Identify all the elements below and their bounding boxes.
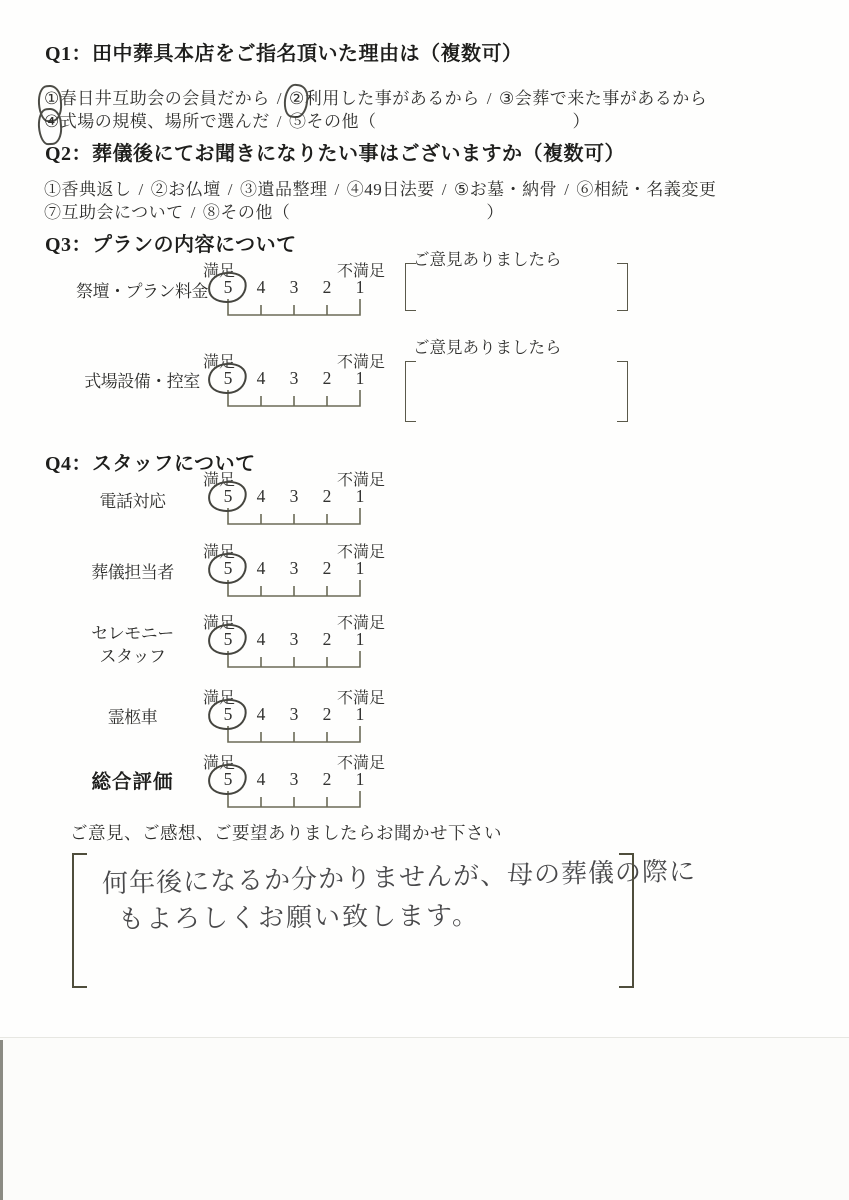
- comment-box-plan-fee: [405, 263, 628, 311]
- scale-value-5-circled: 5: [218, 486, 238, 505]
- q2-option-7-label: 互助会について: [62, 203, 184, 222]
- scale-min-label: 不満足: [337, 750, 385, 769]
- rating-scale-venue: 満足不満足 5 4 3 2 1: [203, 349, 388, 407]
- pen-circle-mark: ①: [44, 89, 60, 109]
- scale-line: [218, 387, 370, 407]
- scale-value-1: 1: [350, 486, 370, 505]
- q2-option-2-label: お仏壇: [168, 180, 221, 199]
- scale-value-4: 4: [251, 486, 271, 505]
- q2-options-line2: ⑦互助会について/⑧その他（）: [44, 198, 504, 223]
- q1-option-1-num: ①: [44, 89, 60, 108]
- scale-value-5-circled: 5: [218, 558, 238, 577]
- q1-option-2-num: ②: [289, 89, 305, 108]
- scale-line: [218, 788, 370, 808]
- separator: /: [228, 180, 233, 199]
- scale-value-5-circled: 5: [218, 704, 238, 723]
- q2-option-4-label: 49日法要: [364, 180, 435, 199]
- scale-value-2: 2: [317, 486, 337, 505]
- scan-paper-edge: [0, 1037, 849, 1200]
- handwritten-comment-line-2: もよろしくお願い致します。: [118, 895, 480, 936]
- separator: /: [334, 180, 339, 199]
- q2-option-5-label: お墓・納骨: [470, 180, 558, 199]
- separator: /: [564, 180, 569, 199]
- handwritten-comment-line-1: 何年後になるか分かりませんが、母の葬儀の際に: [102, 851, 697, 900]
- rating-row-label-director: 葬儀担当者: [75, 558, 190, 583]
- scale-value-1: 1: [350, 368, 370, 387]
- close-paren: ）: [486, 203, 504, 222]
- scale-value-4: 4: [251, 704, 271, 723]
- q1-options-line2: ④式場の規模、場所で選んだ/⑤その他（）: [44, 107, 590, 132]
- separator: /: [191, 203, 196, 222]
- scan-left-edge-shadow: [0, 1040, 3, 1200]
- q1-heading: Q1：田中葬具本店をご指名頂いた理由は（複数可）: [45, 37, 523, 66]
- q2-option-3-num: ③: [240, 180, 258, 199]
- separator: /: [277, 89, 282, 108]
- rating-row-label-venue: 式場設備・控室: [72, 367, 212, 392]
- scale-value-3: 3: [284, 558, 304, 577]
- q3-heading: Q3：プランの内容について: [45, 228, 297, 257]
- q1-option-4-num: ④: [44, 112, 60, 131]
- scale-value-2: 2: [317, 558, 337, 577]
- scale-value-3: 3: [284, 769, 304, 788]
- rating-scale-ceremony-staff: 満足不満足 5 4 3 2 1: [203, 610, 388, 668]
- scale-value-5-circled: 5: [218, 368, 238, 387]
- q2-option-5-num: ⑤: [454, 180, 470, 199]
- rating-row-label-phone: 電話対応: [75, 487, 190, 512]
- q2-option-8-num: ⑧: [203, 203, 221, 222]
- scale-line: [218, 577, 370, 597]
- scale-value-5-circled: 5: [218, 629, 238, 648]
- q1-option-5-num: ⑤: [289, 112, 307, 131]
- scale-value-2: 2: [317, 277, 337, 296]
- scale-value-1: 1: [350, 277, 370, 296]
- q1-option-1-label: 春日井互助会の会員だから: [60, 89, 270, 108]
- rating-row-label-plan-fee: 祭壇・プラン料金: [72, 277, 212, 302]
- scale-min-label: 不満足: [337, 610, 385, 629]
- scale-value-3: 3: [284, 629, 304, 648]
- scale-value-4: 4: [251, 629, 271, 648]
- q2-option-3-label: 遺品整理: [257, 180, 327, 199]
- scale-value-4: 4: [251, 277, 271, 296]
- scale-value-4: 4: [251, 769, 271, 788]
- scale-line: [218, 505, 370, 525]
- scale-min-label: 不満足: [337, 467, 385, 486]
- q1-option-5-label: その他（: [306, 112, 376, 131]
- scale-value-3: 3: [284, 368, 304, 387]
- q1-option-2-label: 利用した事があるから: [305, 89, 480, 108]
- scale-value-1: 1: [350, 769, 370, 788]
- separator: /: [487, 89, 492, 108]
- scale-value-2: 2: [317, 629, 337, 648]
- q2-option-7-num: ⑦: [44, 203, 62, 222]
- scale-min-label: 不満足: [337, 349, 385, 368]
- q2-option-4-num: ④: [347, 180, 365, 199]
- q2-options-line1: ①香典返し/②お仏壇/③遺品整理/④49日法要/⑤お墓・納骨/⑥相続・名義変更: [44, 175, 716, 200]
- scale-line: [218, 648, 370, 668]
- separator: /: [277, 112, 282, 131]
- scale-value-2: 2: [317, 769, 337, 788]
- rating-scale-overall: 満足不満足 5 4 3 2 1: [203, 750, 388, 808]
- pen-circle-mark: ②: [289, 89, 305, 109]
- free-comment-prompt: ご意見、ご感想、ご要望ありましたらお聞かせ下さい: [70, 820, 502, 845]
- q1-option-3-label: 会葬で来た事があるから: [515, 89, 708, 108]
- scale-value-1: 1: [350, 558, 370, 577]
- scale-value-1: 1: [350, 629, 370, 648]
- q2-option-1-num: ①: [44, 180, 62, 199]
- scale-min-label: 不満足: [337, 539, 385, 558]
- scale-value-3: 3: [284, 704, 304, 723]
- scale-value-3: 3: [284, 486, 304, 505]
- scale-value-5-circled: 5: [218, 277, 238, 296]
- q2-option-8-label: その他（: [220, 203, 290, 222]
- scale-value-2: 2: [317, 704, 337, 723]
- q1-option-3-num: ③: [499, 89, 515, 108]
- rating-row-label-overall: 総合評価: [75, 766, 190, 794]
- scale-value-3: 3: [284, 277, 304, 296]
- rating-scale-phone: 満足不満足 5 4 3 2 1: [203, 467, 388, 525]
- q1-option-4-label: 式場の規模、場所で選んだ: [60, 112, 270, 131]
- rating-scale-hearse: 満足不満足 5 4 3 2 1: [203, 685, 388, 743]
- separator: /: [139, 180, 144, 199]
- scale-value-5-circled: 5: [218, 769, 238, 788]
- q2-option-6-num: ⑥: [576, 180, 594, 199]
- rating-row-label-hearse: 霊柩車: [75, 703, 190, 728]
- q1-options-line1: ①春日井互助会の会員だから/②利用した事があるから/③会葬で来た事があるから: [44, 84, 707, 109]
- scale-min-label: 不満足: [337, 258, 385, 277]
- rating-scale-plan-fee: 満足不満足 5 4 3 2 1: [203, 258, 388, 316]
- scale-value-2: 2: [317, 368, 337, 387]
- q2-option-2-num: ②: [151, 180, 169, 199]
- scale-line: [218, 723, 370, 743]
- q2-option-6-label: 相続・名義変更: [594, 180, 717, 199]
- scale-value-4: 4: [251, 558, 271, 577]
- separator: /: [442, 180, 447, 199]
- free-comment-box: 何年後になるか分かりませんが、母の葬儀の際に もよろしくお願い致します。: [72, 853, 634, 988]
- comment-box-venue: [405, 361, 628, 422]
- scale-value-1: 1: [350, 704, 370, 723]
- scanned-survey-page: Q1：田中葬具本店をご指名頂いた理由は（複数可） ①春日井互助会の会員だから/②…: [0, 0, 849, 1200]
- q2-option-1-label: 香典返し: [62, 180, 132, 199]
- close-paren: ）: [572, 112, 590, 131]
- rating-scale-director: 満足不満足 5 4 3 2 1: [203, 539, 388, 597]
- scale-min-label: 不満足: [337, 685, 385, 704]
- rating-row-label-ceremony-staff: セレモニー スタッフ: [75, 622, 190, 668]
- scale-value-4: 4: [251, 368, 271, 387]
- pen-circle-mark: ④: [44, 112, 60, 132]
- q2-heading: Q2：葬儀後にてお聞きになりたい事はございますか（複数可）: [45, 137, 625, 166]
- scale-line: [218, 296, 370, 316]
- comment-label: ご意見ありましたら: [413, 334, 562, 358]
